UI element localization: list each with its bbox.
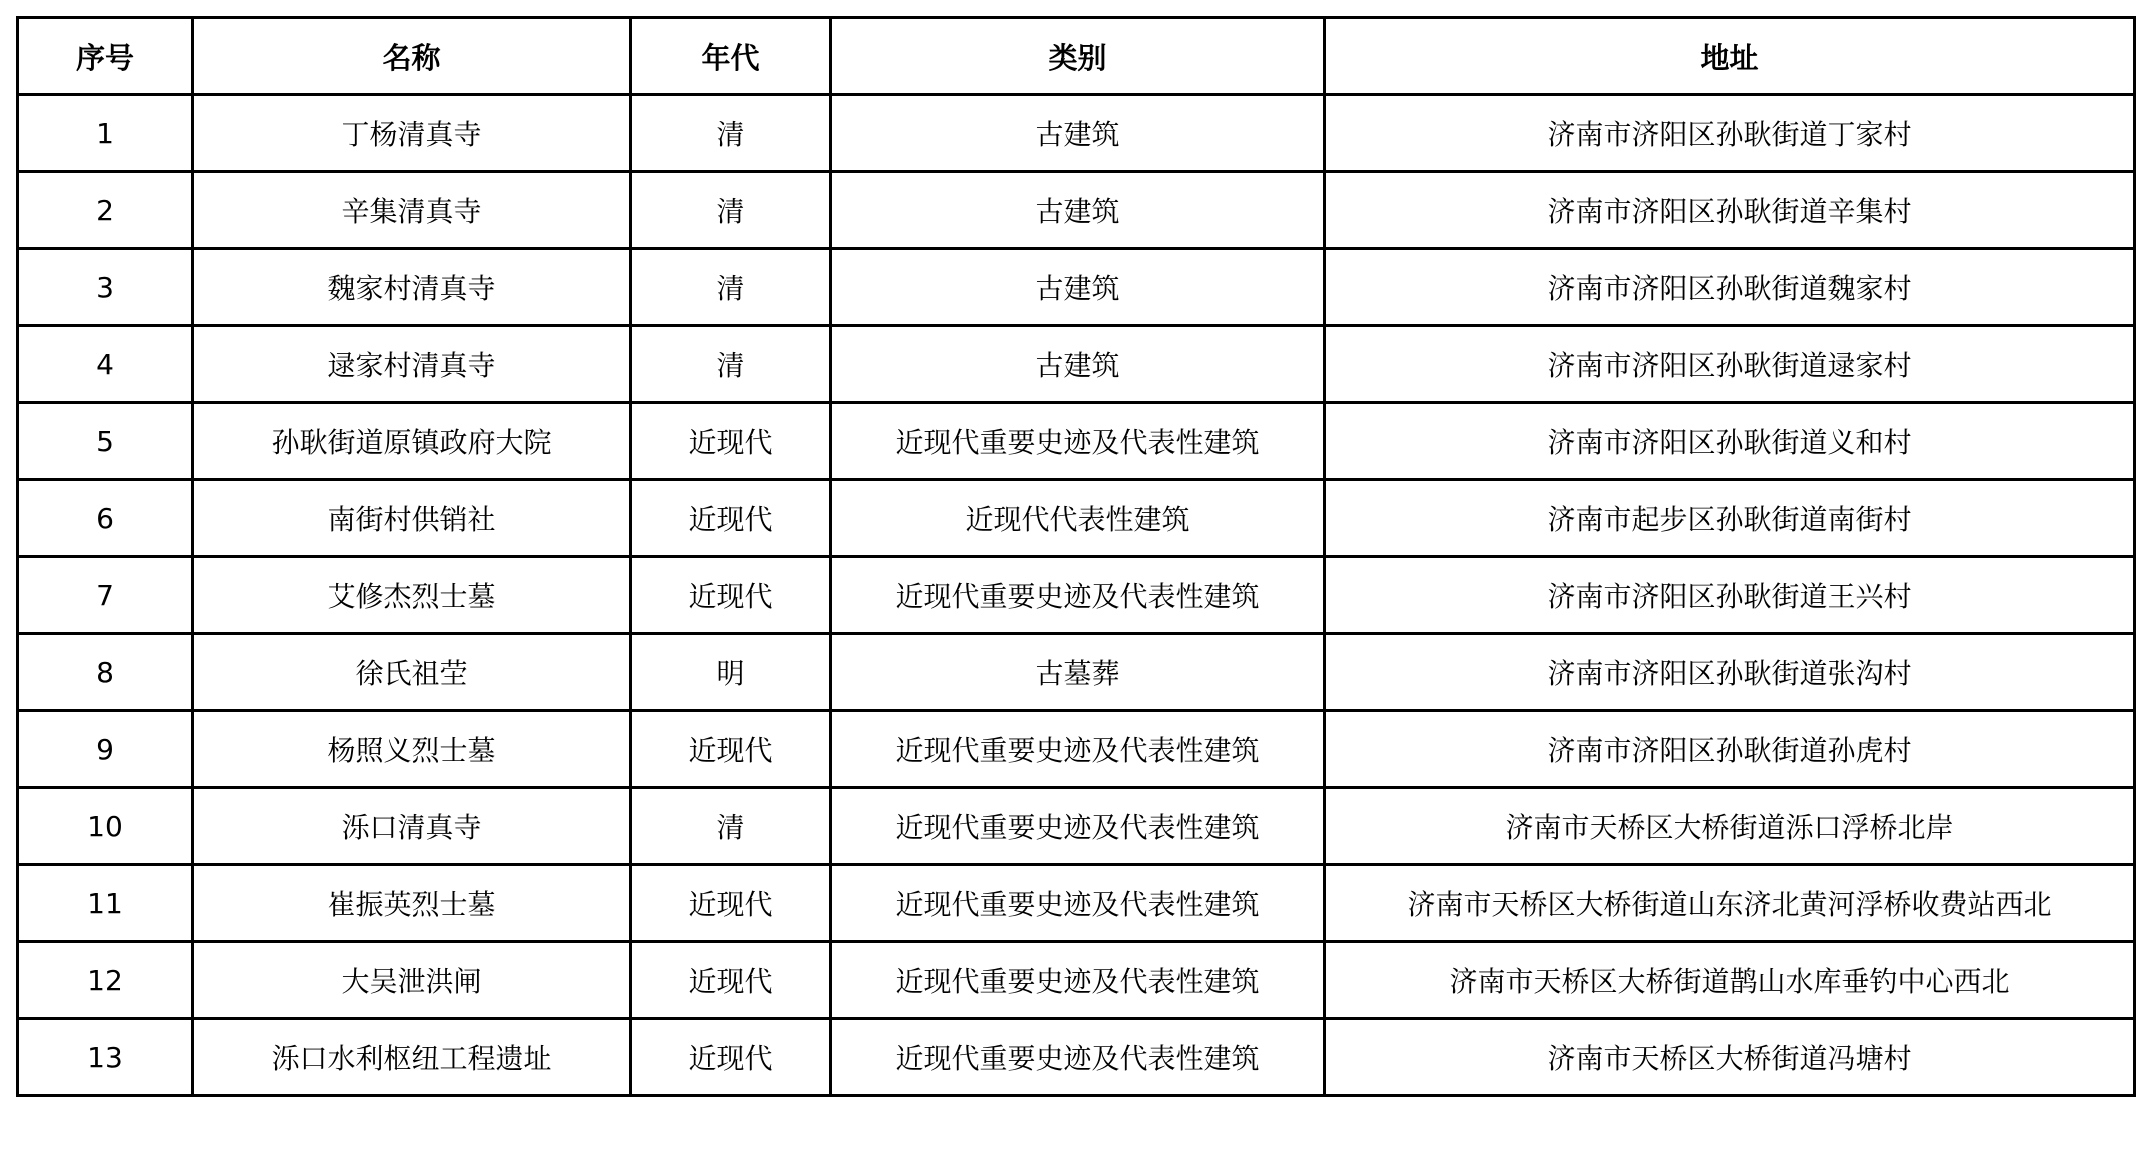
cell-era: 近现代 [631, 942, 831, 1019]
cell-era: 清 [631, 95, 831, 172]
cell-address: 济南市济阳区孙耿街道魏家村 [1325, 249, 2135, 326]
cell-name: 杨照义烈士墓 [193, 711, 631, 788]
table-row: 1丁杨清真寺清古建筑济南市济阳区孙耿街道丁家村 [18, 95, 2135, 172]
cell-address: 济南市济阳区孙耿街道孙虎村 [1325, 711, 2135, 788]
table-row: 2辛集清真寺清古建筑济南市济阳区孙耿街道辛集村 [18, 172, 2135, 249]
cell-name: 丁杨清真寺 [193, 95, 631, 172]
cell-name: 大吴泄洪闸 [193, 942, 631, 1019]
table-row: 12大吴泄洪闸近现代近现代重要史迹及代表性建筑济南市天桥区大桥街道鹊山水库垂钓中… [18, 942, 2135, 1019]
cell-era: 清 [631, 249, 831, 326]
cell-category: 近现代重要史迹及代表性建筑 [831, 1019, 1325, 1096]
cell-address: 济南市济阳区孙耿街道丁家村 [1325, 95, 2135, 172]
table-row: 10泺口清真寺清近现代重要史迹及代表性建筑济南市天桥区大桥街道泺口浮桥北岸 [18, 788, 2135, 865]
cell-name: 泺口水利枢纽工程遗址 [193, 1019, 631, 1096]
header-address: 地址 [1325, 18, 2135, 95]
table-row: 11崔振英烈士墓近现代近现代重要史迹及代表性建筑济南市天桥区大桥街道山东济北黄河… [18, 865, 2135, 942]
cell-era: 近现代 [631, 865, 831, 942]
cell-era: 近现代 [631, 1019, 831, 1096]
cell-name: 魏家村清真寺 [193, 249, 631, 326]
cell-category: 近现代重要史迹及代表性建筑 [831, 711, 1325, 788]
cell-address: 济南市天桥区大桥街道鹊山水库垂钓中心西北 [1325, 942, 2135, 1019]
cell-category: 古建筑 [831, 326, 1325, 403]
cell-address: 济南市济阳区孙耿街道王兴村 [1325, 557, 2135, 634]
cell-number: 1 [18, 95, 193, 172]
cell-name: 南街村供销社 [193, 480, 631, 557]
cell-name: 辛集清真寺 [193, 172, 631, 249]
cell-era: 近现代 [631, 480, 831, 557]
cell-category: 近现代代表性建筑 [831, 480, 1325, 557]
cell-category: 古建筑 [831, 249, 1325, 326]
header-number: 序号 [18, 18, 193, 95]
cell-name: 艾修杰烈士墓 [193, 557, 631, 634]
cell-address: 济南市起步区孙耿街道南街村 [1325, 480, 2135, 557]
cell-address: 济南市天桥区大桥街道冯塘村 [1325, 1019, 2135, 1096]
cell-category: 古墓葬 [831, 634, 1325, 711]
cell-number: 11 [18, 865, 193, 942]
table-row: 13泺口水利枢纽工程遗址近现代近现代重要史迹及代表性建筑济南市天桥区大桥街道冯塘… [18, 1019, 2135, 1096]
cell-number: 3 [18, 249, 193, 326]
header-era: 年代 [631, 18, 831, 95]
cell-era: 清 [631, 326, 831, 403]
cell-category: 古建筑 [831, 95, 1325, 172]
cell-era: 近现代 [631, 711, 831, 788]
table-row: 3魏家村清真寺清古建筑济南市济阳区孙耿街道魏家村 [18, 249, 2135, 326]
cell-address: 济南市济阳区孙耿街道逯家村 [1325, 326, 2135, 403]
cell-name: 泺口清真寺 [193, 788, 631, 865]
cell-era: 近现代 [631, 403, 831, 480]
table-row: 4逯家村清真寺清古建筑济南市济阳区孙耿街道逯家村 [18, 326, 2135, 403]
cell-name: 孙耿街道原镇政府大院 [193, 403, 631, 480]
cell-name: 崔振英烈士墓 [193, 865, 631, 942]
cell-address: 济南市济阳区孙耿街道张沟村 [1325, 634, 2135, 711]
cell-number: 9 [18, 711, 193, 788]
cell-category: 近现代重要史迹及代表性建筑 [831, 788, 1325, 865]
heritage-sites-table: 序号 名称 年代 类别 地址 1丁杨清真寺清古建筑济南市济阳区孙耿街道丁家村2辛… [16, 16, 2136, 1097]
cell-category: 近现代重要史迹及代表性建筑 [831, 403, 1325, 480]
cell-number: 12 [18, 942, 193, 1019]
table-header-row: 序号 名称 年代 类别 地址 [18, 18, 2135, 95]
table-row: 5孙耿街道原镇政府大院近现代近现代重要史迹及代表性建筑济南市济阳区孙耿街道义和村 [18, 403, 2135, 480]
cell-address: 济南市天桥区大桥街道泺口浮桥北岸 [1325, 788, 2135, 865]
cell-category: 古建筑 [831, 172, 1325, 249]
cell-number: 6 [18, 480, 193, 557]
cell-number: 7 [18, 557, 193, 634]
table-row: 8徐氏祖茔明古墓葬济南市济阳区孙耿街道张沟村 [18, 634, 2135, 711]
cell-category: 近现代重要史迹及代表性建筑 [831, 865, 1325, 942]
cell-name: 徐氏祖茔 [193, 634, 631, 711]
cell-era: 清 [631, 172, 831, 249]
cell-address: 济南市济阳区孙耿街道义和村 [1325, 403, 2135, 480]
table-row: 6南街村供销社近现代近现代代表性建筑济南市起步区孙耿街道南街村 [18, 480, 2135, 557]
cell-era: 明 [631, 634, 831, 711]
cell-number: 5 [18, 403, 193, 480]
cell-era: 清 [631, 788, 831, 865]
cell-number: 13 [18, 1019, 193, 1096]
header-category: 类别 [831, 18, 1325, 95]
table-row: 7艾修杰烈士墓近现代近现代重要史迹及代表性建筑济南市济阳区孙耿街道王兴村 [18, 557, 2135, 634]
cell-era: 近现代 [631, 557, 831, 634]
cell-number: 4 [18, 326, 193, 403]
table-row: 9杨照义烈士墓近现代近现代重要史迹及代表性建筑济南市济阳区孙耿街道孙虎村 [18, 711, 2135, 788]
header-name: 名称 [193, 18, 631, 95]
cell-number: 2 [18, 172, 193, 249]
cell-name: 逯家村清真寺 [193, 326, 631, 403]
cell-number: 8 [18, 634, 193, 711]
cell-category: 近现代重要史迹及代表性建筑 [831, 942, 1325, 1019]
cell-address: 济南市天桥区大桥街道山东济北黄河浮桥收费站西北 [1325, 865, 2135, 942]
cell-address: 济南市济阳区孙耿街道辛集村 [1325, 172, 2135, 249]
cell-category: 近现代重要史迹及代表性建筑 [831, 557, 1325, 634]
cell-number: 10 [18, 788, 193, 865]
